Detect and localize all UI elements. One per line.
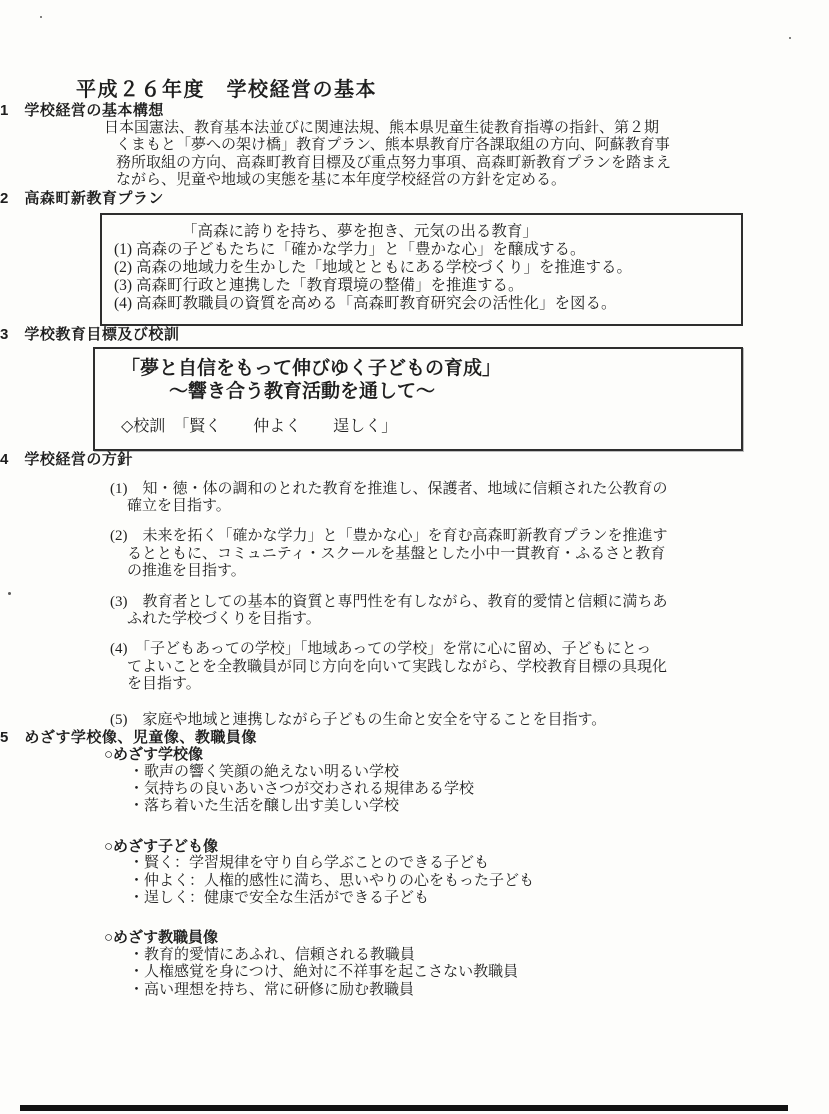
section2-heading: 2 高森町新教育プラン: [0, 190, 829, 207]
plan-box-motto: 「高森に誇りを持ち、夢を抱き、元気の出る教育」: [182, 223, 731, 241]
ideal-staff-bullet: ・教育的愛情にあふれ、信頼される教職員: [129, 947, 829, 964]
policy-line: (1) 知・徳・体の調和のとれた教育を推進し、保護者、地域に信頼された公教育の: [110, 481, 829, 498]
policy-item-2: (2) 未来を拓く「確かな学力」と「豊かな心」を育む高森町新教育プランを推進す …: [0, 528, 829, 580]
policy-item-3: (3) 教育者としての基本的資質と専門性を有しながら、教育的愛情と信頼に満ちあ …: [0, 594, 829, 629]
scan-speck: [8, 592, 11, 595]
policy-line: るとともに、コミュニティ・スクールを基盤とした小中一貫教育・ふるさと教育: [127, 546, 829, 563]
ideal-staff-subheading: ○めざす教職員像: [104, 929, 829, 946]
paragraph-line: くまもと「夢への架け橋」教育プラン、熊本県教育庁各課取組の方向、阿蘇教育事: [116, 137, 829, 154]
policy-line: の推進を目指す。: [127, 563, 829, 580]
school-goal-line2: ～響き合う教育活動を通して～: [169, 380, 741, 403]
section1-paragraph: 日本国憲法、教育基本法並びに関連法規、熊本県児童生徒教育指導の指針、第２期 くま…: [0, 120, 829, 190]
section-management-policy: 4 学校経営の方針 (1) 知・徳・体の調和のとれた教育を推進し、保護者、地域に…: [0, 451, 829, 729]
plan-box-item: (3) 高森町行政と連携した「教育環境の整備」を推進する。: [114, 277, 731, 295]
policy-line: を目指す。: [127, 676, 829, 693]
policy-item-1: (1) 知・徳・体の調和のとれた教育を推進し、保護者、地域に信頼された公教育の …: [0, 481, 829, 516]
ideal-staff-bullet: ・高い理想を持ち、常に研修に励む教職員: [129, 982, 829, 999]
document-title-text: 平成２６年度 学校経営の基本: [76, 79, 377, 101]
policy-line: (5) 家庭や地域と連携しながら子どもの生命と安全を守ることを目指す。: [110, 712, 829, 729]
school-motto: ◇校訓 「賢く 仲よく 逞しく」: [121, 417, 741, 437]
ideal-staff-bullet: ・人権感覚を身につけ、絶対に不祥事を起こさない教職員: [129, 964, 829, 981]
education-plan-box: 「高森に誇りを持ち、夢を抱き、元気の出る教育」 (1) 高森の子どもたちに「確か…: [100, 213, 743, 326]
plan-box-item: (2) 高森の地域力を生かした「地域とともにある学校づくり」を推進する。: [114, 259, 731, 277]
section-ideal-images: 5 めざす学校像、児童像、教職員像 ○めざす学校像 ・歌声の響く笑顔の絶えない明…: [0, 729, 829, 999]
paragraph-line: 日本国憲法、教育基本法並びに関連法規、熊本県児童生徒教育指導の指針、第２期: [104, 120, 829, 137]
paragraph-line: 務所取組の方向、高森町教育目標及び重点努力事項、高森町新教育プランを踏まえ: [116, 155, 829, 172]
scanned-document-page: 平成２６年度 学校経営の基本 1 学校経営の基本構想 日本国憲法、教育基本法並び…: [0, 0, 829, 1114]
ideal-school-group: ○めざす学校像 ・歌声の響く笑顔の絶えない明るい学校 ・気持ちの良いあいさつが交…: [0, 746, 829, 816]
section-school-goal-and-motto: 3 学校教育目標及び校訓 「夢と自信をもって伸びゆく子どもの育成」 ～響き合う教…: [0, 326, 829, 451]
ideal-staff-group: ○めざす教職員像 ・教育的愛情にあふれ、信頼される教職員 ・人権感覚を身につけ、…: [0, 929, 829, 999]
ideal-child-bullet: ・仲よく：人権的感性に満ち、思いやりの心をもった子ども: [129, 873, 829, 890]
school-goal-box: 「夢と自信をもって伸びゆく子どもの育成」 ～響き合う教育活動を通して～ ◇校訓 …: [93, 347, 743, 451]
ideal-child-bullet: ・逞しく：健康で安全な生活ができる子ども: [129, 890, 829, 907]
paragraph-line: ながら、児童や地域の実態を基に本年度学校経営の方針を定める。: [116, 172, 829, 189]
section1-heading: 1 学校経営の基本構想: [0, 102, 829, 119]
section3-heading: 3 学校教育目標及び校訓: [0, 326, 829, 343]
document-title: 平成２６年度 学校経営の基本: [76, 78, 829, 102]
policy-item-5: (5) 家庭や地域と連携しながら子どもの生命と安全を守ることを目指す。: [0, 712, 829, 729]
policy-line: (4) 「子どもあっての学校」「地域あっての学校」を常に心に留め、子どもにとっ: [110, 641, 829, 658]
ideal-child-bullet: ・賢く：学習規律を守り自ら学ぶことのできる子ども: [129, 855, 829, 872]
ideal-child-subheading: ○めざす子ども像: [104, 838, 829, 855]
policy-item-4: (4) 「子どもあっての学校」「地域あっての学校」を常に心に留め、子どもにとっ …: [0, 641, 829, 693]
plan-box-item: (4) 高森町教職員の資質を高める「高森町教育研究会の活性化」を図る。: [114, 295, 731, 313]
policy-line: てよいことを全教職員が同じ方向を向いて実践しながら、学校教育目標の具現化: [127, 659, 829, 676]
policy-line: (2) 未来を拓く「確かな学力」と「豊かな心」を育む高森町新教育プランを推進す: [110, 528, 829, 545]
section-new-education-plan: 2 高森町新教育プラン 「高森に誇りを持ち、夢を抱き、元気の出る教育」 (1) …: [0, 190, 829, 326]
section-basic-concept: 1 学校経営の基本構想 日本国憲法、教育基本法並びに関連法規、熊本県児童生徒教育…: [0, 102, 829, 190]
policy-line: 確立を目指す。: [127, 498, 829, 515]
scan-speck: [789, 37, 791, 39]
policy-line: ふれた学校づくりを目指す。: [127, 611, 829, 628]
section4-heading: 4 学校経営の方針: [0, 451, 829, 468]
scanner-edge-bar: [20, 1105, 788, 1111]
school-goal-line1: 「夢と自信をもって伸びゆく子どもの育成」: [121, 357, 741, 380]
ideal-child-group: ○めざす子ども像 ・賢く：学習規律を守り自ら学ぶことのできる子ども ・仲よく：人…: [0, 838, 829, 908]
ideal-school-bullet: ・落ち着いた生活を醸し出す美しい学校: [129, 798, 829, 815]
scan-speck: [40, 16, 42, 18]
plan-box-item: (1) 高森の子どもたちに「確かな学力」と「豊かな心」を醸成する。: [114, 241, 731, 259]
section5-heading: 5 めざす学校像、児童像、教職員像: [0, 729, 829, 746]
ideal-school-subheading: ○めざす学校像: [104, 746, 829, 763]
policy-line: (3) 教育者としての基本的資質と専門性を有しながら、教育的愛情と信頼に満ちあ: [110, 594, 829, 611]
ideal-school-bullet: ・気持ちの良いあいさつが交わされる規律ある学校: [129, 781, 829, 798]
ideal-school-bullet: ・歌声の響く笑顔の絶えない明るい学校: [129, 764, 829, 781]
